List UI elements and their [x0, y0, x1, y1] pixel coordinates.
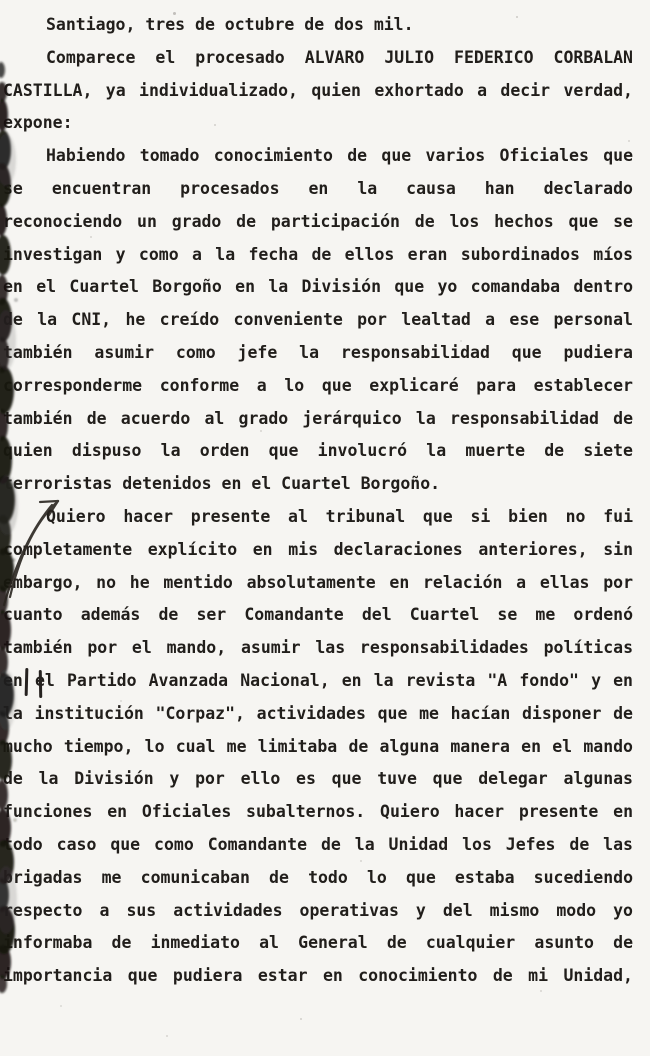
document-text-line: cuanto además de ser Comandante del Cuar… — [3, 599, 633, 632]
document-text-line: respecto a sus actividades operativas y … — [3, 895, 633, 928]
document-text-line: CASTILLA, ya individualizado, quien exho… — [3, 75, 633, 108]
photocopy-speck — [540, 990, 542, 992]
document-text-line: terroristas detenidos en el Cuartel Borg… — [3, 468, 633, 501]
document-text-line: de la División y por ello es que tuve qu… — [3, 763, 633, 796]
photocopy-speck — [610, 520, 612, 522]
photocopy-speck — [360, 860, 362, 862]
document-text-line: todo caso que como Comandante de la Unid… — [3, 829, 633, 862]
photocopy-speck — [460, 340, 462, 342]
document-text-line: expone: — [3, 107, 633, 140]
document-text-line: también por el mando, asumir las respons… — [3, 632, 633, 665]
document-text-line: funciones en Oficiales subalternos. Quie… — [3, 796, 633, 829]
document-text-line: también asumir como jefe la responsabili… — [3, 337, 633, 370]
photocopy-speck — [60, 1005, 62, 1007]
document-text-line: completamente explícito en mis declaraci… — [3, 534, 633, 567]
document-text-line: Habiendo tomado conocimiento de que vari… — [3, 140, 633, 173]
document-text-line: en el Cuartel Borgoño en la División que… — [3, 271, 633, 304]
document-text-line: importancia que pudiera estar en conocim… — [3, 960, 633, 993]
photocopy-speck — [516, 16, 518, 18]
document-text-line: brigadas me comunicaban de todo lo que e… — [3, 862, 633, 895]
document-text-line: embargo, no he mentido absolutamente en … — [3, 567, 633, 600]
photocopy-speck — [260, 430, 262, 432]
photocopy-speck — [300, 1018, 302, 1020]
photocopy-speck — [214, 124, 216, 126]
document-text-line: también de acuerdo al grado jerárquico l… — [3, 403, 633, 436]
document-text-line: Santiago, tres de octubre de dos mil. — [3, 9, 633, 42]
document-text-line: quien dispuso la orden que involucró la … — [3, 435, 633, 468]
photocopy-speck — [628, 140, 630, 142]
document-text-line: reconociendo un grado de participación d… — [3, 206, 633, 239]
handwritten-pen-stroke — [39, 670, 42, 698]
document-text-line: la institución "Corpaz", actividades que… — [3, 698, 633, 731]
scanned-document-page: Santiago, tres de octubre de dos mil.Com… — [0, 0, 650, 1056]
photocopy-speck — [90, 236, 92, 238]
document-text-line: corresponderme conforme a lo que explica… — [3, 370, 633, 403]
photocopy-speck — [166, 1035, 168, 1037]
photocopy-speck — [120, 700, 122, 702]
document-text-line: informaba de inmediato al General de cua… — [3, 927, 633, 960]
document-text-line: investigan y como a la fecha de ellos er… — [3, 239, 633, 272]
document-text-line: Comparece el procesado ALVARO JULIO FEDE… — [3, 42, 633, 75]
document-text-line: en el Partido Avanzada Nacional, en la r… — [3, 665, 633, 698]
document-text-line: se encuentran procesados en la causa han… — [3, 173, 633, 206]
photocopy-speck — [173, 12, 176, 15]
document-text-line: Quiero hacer presente al tribunal que si… — [3, 501, 633, 534]
document-text-line: mucho tiempo, lo cual me limitaba de alg… — [3, 731, 633, 764]
document-text-column: Santiago, tres de octubre de dos mil.Com… — [3, 9, 633, 993]
document-text-line: de la CNI, he creído conveniente por lea… — [3, 304, 633, 337]
